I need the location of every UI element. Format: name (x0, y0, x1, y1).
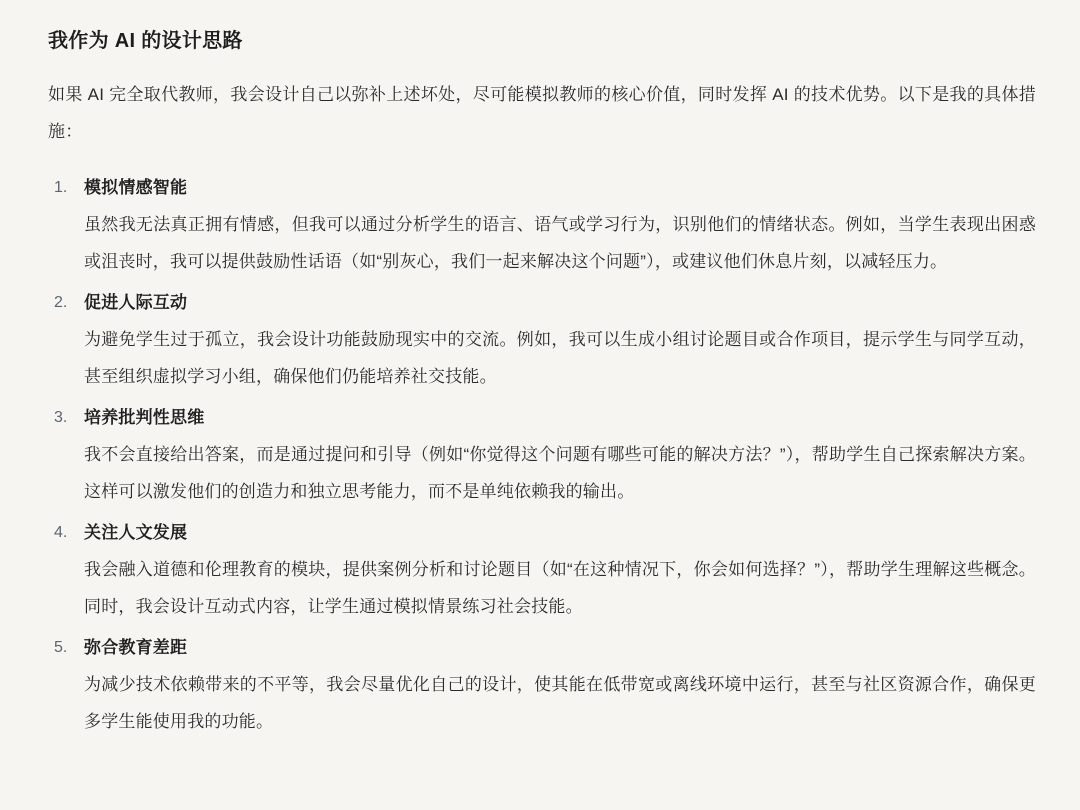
list-item-title: 弥合教育差距 (84, 629, 1036, 666)
list-item-title: 培养批判性思维 (84, 399, 1036, 436)
list-item-body: 为避免学生过于孤立，我会设计功能鼓励现实中的交流。例如，我可以生成小组讨论题目或… (84, 321, 1036, 395)
list-item-title: 促进人际互动 (84, 284, 1036, 321)
intro-paragraph: 如果 AI 完全取代教师，我会设计自己以弥补上述坏处，尽可能模拟教师的核心价值，… (48, 76, 1036, 150)
list-item-title: 模拟情感智能 (84, 169, 1036, 206)
document-page: 我作为 AI 的设计思路 如果 AI 完全取代教师，我会设计自己以弥补上述坏处，… (0, 0, 1080, 810)
list-item-title: 关注人文发展 (84, 514, 1036, 551)
list-item-content: 弥合教育差距 为减少技术依赖带来的不平等，我会尽量优化自己的设计，使其能在低带宽… (84, 629, 1036, 740)
list-item-body: 为减少技术依赖带来的不平等，我会尽量优化自己的设计，使其能在低带宽或离线环境中运… (84, 666, 1036, 740)
list-item: 1. 模拟情感智能 虽然我无法真正拥有情感，但我可以通过分析学生的语言、语气或学… (48, 169, 1036, 280)
list-item-body: 虽然我无法真正拥有情感，但我可以通过分析学生的语言、语气或学习行为，识别他们的情… (84, 206, 1036, 280)
list-item-number: 1. (48, 169, 84, 280)
list-item-number: 3. (48, 399, 84, 510)
list-item-body: 我会融入道德和伦理教育的模块，提供案例分析和讨论题目（如“在这种情况下，你会如何… (84, 551, 1036, 625)
list-item-number: 5. (48, 629, 84, 740)
list-item: 5. 弥合教育差距 为减少技术依赖带来的不平等，我会尽量优化自己的设计，使其能在… (48, 629, 1036, 740)
list-item-content: 模拟情感智能 虽然我无法真正拥有情感，但我可以通过分析学生的语言、语气或学习行为… (84, 169, 1036, 280)
list-item-number: 4. (48, 514, 84, 625)
list-item-number: 2. (48, 284, 84, 395)
page-title: 我作为 AI 的设计思路 (48, 26, 1036, 56)
list-item-body: 我不会直接给出答案，而是通过提问和引导（例如“你觉得这个问题有哪些可能的解决方法… (84, 436, 1036, 510)
list-item-content: 培养批判性思维 我不会直接给出答案，而是通过提问和引导（例如“你觉得这个问题有哪… (84, 399, 1036, 510)
list-item: 2. 促进人际互动 为避免学生过于孤立，我会设计功能鼓励现实中的交流。例如，我可… (48, 284, 1036, 395)
design-measures-list: 1. 模拟情感智能 虽然我无法真正拥有情感，但我可以通过分析学生的语言、语气或学… (48, 169, 1036, 740)
list-item-content: 关注人文发展 我会融入道德和伦理教育的模块，提供案例分析和讨论题目（如“在这种情… (84, 514, 1036, 625)
list-item-content: 促进人际互动 为避免学生过于孤立，我会设计功能鼓励现实中的交流。例如，我可以生成… (84, 284, 1036, 395)
list-item: 3. 培养批判性思维 我不会直接给出答案，而是通过提问和引导（例如“你觉得这个问… (48, 399, 1036, 510)
list-item: 4. 关注人文发展 我会融入道德和伦理教育的模块，提供案例分析和讨论题目（如“在… (48, 514, 1036, 625)
